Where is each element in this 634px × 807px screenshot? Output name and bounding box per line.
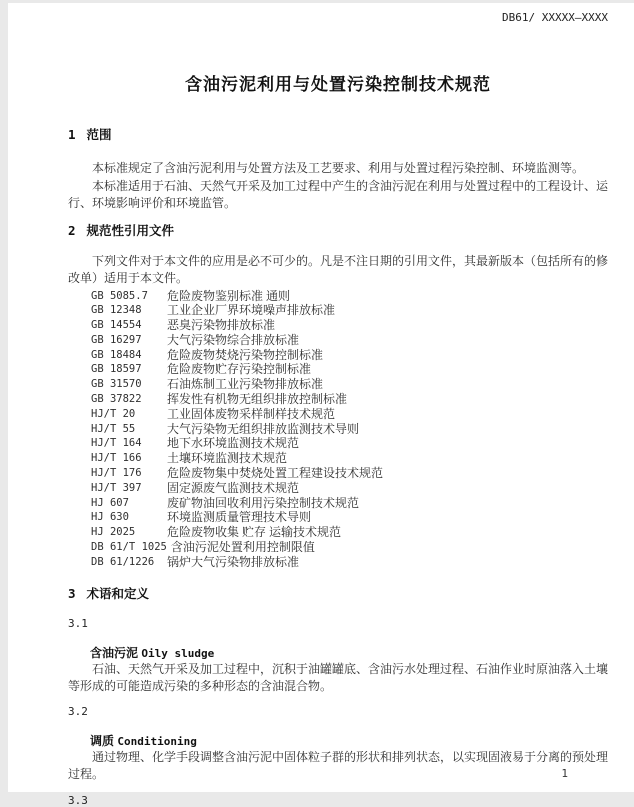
reference-name: 恶臭污染物排放标准 [167,318,275,333]
reference-name: 含油污泥处置利用控制限值 [171,540,315,555]
reference-item: HJ/T 166土壤环境监测技术规范 [91,451,608,466]
reference-code: HJ/T 164 [91,436,167,451]
reference-code: GB 5085.7 [91,289,167,304]
reference-code: HJ/T 397 [91,481,167,496]
term-number-3-2: 3.2 [68,705,608,718]
section-number: 2 [68,223,76,238]
term-name-en: Oily sludge [141,647,214,660]
reference-code: HJ 630 [91,510,167,525]
reference-name: 危险废物收集 贮存 运输技术规范 [167,525,341,540]
reference-item: GB 18484危险废物焚烧污染物控制标准 [91,348,608,363]
reference-code: GB 18597 [91,362,167,377]
section-title: 范围 [87,128,112,142]
reference-name: 土壤环境监测技术规范 [167,451,287,466]
reference-item: DB 61/1226锅炉大气污染物排放标准 [91,555,608,570]
reference-item: HJ 607废矿物油回收利用污染控制技术规范 [91,496,608,511]
term-name-conditioning: 调质 Conditioning [90,732,608,749]
reference-name: 工业企业厂界环境噪声排放标准 [167,303,335,318]
reference-item: HJ/T 164地下水环境监测技术规范 [91,436,608,451]
reference-item: HJ/T 176危险废物集中焚烧处置工程建设技术规范 [91,466,608,481]
term-name-oily-sludge: 含油污泥 Oily sludge [90,644,608,661]
reference-code: GB 18484 [91,348,167,363]
scope-paragraph-1: 本标准规定了含油污泥利用与处置方法及工艺要求、利用与处置过程污染控制、环境监测等… [68,160,608,178]
reference-item: DB 61/T 1025含油污泥处置利用控制限值 [91,540,608,555]
term-definition-oily-sludge: 石油、天然气开采及加工过程中，沉积于油罐罐底、含油污水处理过程、石油作业时原油落… [68,661,608,696]
scope-paragraph-2: 本标准适用于石油、天然气开采及加工过程中产生的含油污泥在利用与处置过程中的工程设… [68,178,608,213]
section-heading-scope: 1范围 [68,125,608,143]
reference-item: GB 18597危险废物贮存污染控制标准 [91,362,608,377]
reference-code: HJ/T 166 [91,451,167,466]
reference-name: 锅炉大气污染物排放标准 [167,555,299,570]
reference-item: HJ/T 397固定源废气监测技术规范 [91,481,608,496]
reference-name: 挥发性有机物无组织排放控制标准 [167,392,347,407]
section-number: 3 [68,586,76,601]
term-number-3-1: 3.1 [68,617,608,630]
reference-name: 环境监测质量管理技术导则 [167,510,311,525]
reference-name: 危险废物鉴别标准 通则 [167,289,290,304]
reference-item: GB 14554恶臭污染物排放标准 [91,318,608,333]
reference-list: GB 5085.7危险废物鉴别标准 通则 GB 12348工业企业厂界环境噪声排… [91,289,608,570]
reference-code: HJ/T 55 [91,422,167,437]
section-number: 1 [68,127,76,142]
document-title: 含油污泥利用与处置污染控制技术规范 [68,70,608,95]
reference-code: GB 31570 [91,377,167,392]
reference-name: 地下水环境监测技术规范 [167,436,299,451]
reference-name: 危险废物焚烧污染物控制标准 [167,348,323,363]
section-title: 规范性引用文件 [87,224,175,238]
term-definition-conditioning: 通过物理、化学手段调整含油污泥中固体粒子群的形状和排列状态，以实现固液易于分离的… [68,749,608,784]
reference-item: HJ/T 55大气污染物无组织排放监测技术导则 [91,422,608,437]
reference-item: GB 12348工业企业厂界环境噪声排放标准 [91,303,608,318]
reference-name: 石油炼制工业污染物排放标准 [167,377,323,392]
reference-code: GB 16297 [91,333,167,348]
references-intro: 下列文件对于本文件的应用是必不可少的。凡是不注日期的引用文件，其最新版本（包括所… [68,253,608,288]
term-name-en: Conditioning [117,735,196,748]
reference-name: 工业固体废物采样制样技术规范 [167,407,335,422]
reference-code: GB 14554 [91,318,167,333]
section-heading-normative-references: 2规范性引用文件 [68,221,608,239]
reference-item: HJ/T 20工业固体废物采样制样技术规范 [91,407,608,422]
reference-name: 大气污染物综合排放标准 [167,333,299,348]
reference-code: HJ 2025 [91,525,167,540]
reference-code: HJ 607 [91,496,167,511]
reference-code: HJ/T 176 [91,466,167,481]
reference-name: 危险废物贮存污染控制标准 [167,362,311,377]
reference-item: GB 37822挥发性有机物无组织排放控制标准 [91,392,608,407]
section-title: 术语和定义 [87,587,150,601]
reference-name: 大气污染物无组织排放监测技术导则 [167,422,359,437]
reference-code: DB 61/1226 [91,555,167,570]
page-number: 1 [561,767,568,780]
reference-code: DB 61/T 1025 [91,540,171,555]
reference-code: HJ/T 20 [91,407,167,422]
reference-item: GB 16297大气污染物综合排放标准 [91,333,608,348]
reference-item: HJ 2025危险废物收集 贮存 运输技术规范 [91,525,608,540]
section-heading-terms-definitions: 3术语和定义 [68,584,608,602]
reference-item: GB 5085.7危险废物鉴别标准 通则 [91,289,608,304]
reference-code: GB 37822 [91,392,167,407]
term-name-cn: 含油污泥 [90,646,138,660]
reference-name: 固定源废气监测技术规范 [167,481,299,496]
reference-item: GB 31570石油炼制工业污染物排放标准 [91,377,608,392]
document-number: DB61/ XXXXX—XXXX [68,11,608,24]
reference-name: 危险废物集中焚烧处置工程建设技术规范 [167,466,383,481]
reference-name: 废矿物油回收利用污染控制技术规范 [167,496,359,511]
reference-code: GB 12348 [91,303,167,318]
reference-item: HJ 630环境监测质量管理技术导则 [91,510,608,525]
document-page: DB61/ XXXXX—XXXX 含油污泥利用与处置污染控制技术规范 1范围 本… [8,3,634,792]
term-name-cn: 调质 [90,734,114,748]
